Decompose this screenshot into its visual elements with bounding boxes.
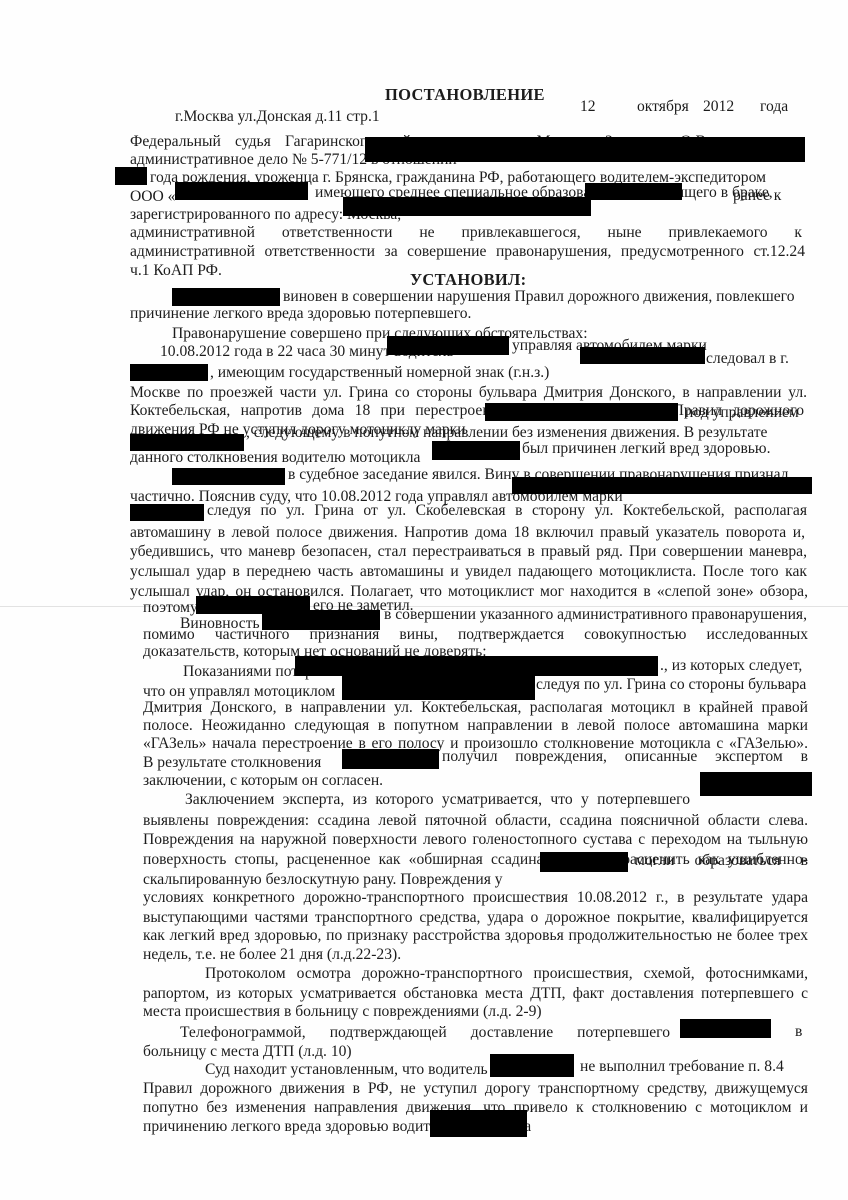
- text-line: данного столкновения водителю мотоцикла: [130, 449, 420, 467]
- redaction: [485, 403, 678, 421]
- redaction: [172, 288, 280, 306]
- text-line: следуя по ул. Грина от ул. Скобелевская …: [207, 502, 807, 520]
- text-line: рапортом, из которых усматривается обста…: [143, 985, 808, 1003]
- text-line: был причинен легкий вред здоровью.: [522, 440, 770, 458]
- text-line: могли образоваться в: [635, 852, 808, 870]
- document-page: ПОСТАНОВЛЕНИЕ г.Москва ул.Донская д.11 с…: [0, 0, 848, 1200]
- redaction: [342, 749, 439, 769]
- place: г.Москва ул.Донская д.11 стр.1: [175, 108, 380, 126]
- date-suffix: года: [760, 98, 788, 116]
- text-line: Протоколом осмотра дорожно-транспортного…: [205, 965, 808, 983]
- text-line: выявлены повреждения: ссадина левой пято…: [143, 812, 808, 830]
- text-line: Заключением эксперта, из которого усматр…: [185, 791, 690, 809]
- text-line: выступающими частями транспортного средс…: [143, 909, 808, 927]
- text-line: скальпированную безлоскутную рану. Повре…: [143, 871, 503, 889]
- redaction: [175, 182, 308, 200]
- text-line: ч.1 КоАП РФ.: [130, 262, 222, 280]
- text-line: административной ответственности за сове…: [130, 243, 805, 261]
- text-line: В результате столкновения: [143, 754, 321, 772]
- redaction: [430, 1110, 527, 1137]
- redaction: [343, 197, 591, 216]
- text-line: автомашину в левой полосе движения. Напр…: [130, 524, 805, 542]
- text-line: получил повреждения, описанные экспертом…: [442, 748, 808, 766]
- redaction: [295, 656, 658, 676]
- text-line: убедившись, что маневр безопасен, стал п…: [130, 543, 807, 561]
- text-line: следуя по ул. Грина со стороны бульвара: [536, 676, 806, 694]
- redaction: [490, 1054, 574, 1077]
- redaction: [512, 477, 812, 494]
- text-line: Правил дорожного движения в РФ, не уступ…: [143, 1080, 808, 1098]
- text-line: Дмитрия Донского, в направлении ул. Кокт…: [143, 699, 808, 717]
- redaction: [580, 347, 705, 364]
- text-line: заключении, с которым он согласен.: [143, 772, 383, 790]
- text-line: ., из которых следует,: [660, 657, 802, 675]
- text-line: как легкий вред здоровью, по признаку ра…: [143, 927, 808, 945]
- text-line: не выполнил требование п. 8.4: [580, 1058, 784, 1076]
- text-line: услышал удар в переднею часть автомашины…: [130, 563, 807, 581]
- text-line: , имеющим государственный номерной знак …: [210, 364, 549, 382]
- text-line: полосе. Неожиданно следующая в попутном …: [143, 717, 808, 735]
- document-title: ПОСТАНОВЛЕНИЕ: [385, 85, 545, 105]
- text-line: Телефонограммой, подтверждающей доставле…: [180, 1024, 670, 1042]
- redaction: [387, 336, 509, 355]
- text-line: под управлением: [685, 404, 799, 422]
- text-line: ранее к: [733, 187, 781, 205]
- text-line: недель, т.е. не более 21 дня (л.д.22-23)…: [143, 946, 401, 964]
- redaction: [115, 167, 147, 185]
- date-day: 12: [580, 98, 596, 116]
- date-month: октября: [637, 98, 689, 116]
- text-line: помимо частичного признания вины, подтве…: [143, 626, 808, 644]
- text-line: Москве по проезжей части ул. Грина со ст…: [130, 384, 807, 402]
- redaction: [172, 468, 285, 485]
- redaction: [432, 441, 520, 460]
- text-line: следовал в г.: [706, 350, 789, 368]
- text-line: в совершении указанного административног…: [384, 606, 807, 624]
- section-title: УСТАНОВИЛ:: [410, 270, 526, 290]
- redaction: [680, 1019, 771, 1038]
- text-line: места происшествия в больницу с поврежде…: [143, 1003, 542, 1021]
- text-line: причинение легкого вреда здоровью потерп…: [130, 305, 471, 323]
- text-line: в: [795, 1023, 802, 1041]
- text-line: административной ответственности не прив…: [130, 224, 802, 242]
- text-line: условиях конкретного дорожно-транспортно…: [143, 889, 808, 907]
- redaction: [342, 674, 535, 700]
- redaction: [585, 183, 682, 200]
- text-line: Суд находит установленным, что водитель: [205, 1061, 488, 1079]
- text-line: виновен в совершении нарушения Правил до…: [283, 288, 795, 306]
- text-line: больницу с места ДТП (л.д. 10): [143, 1043, 352, 1061]
- redaction: [130, 364, 208, 381]
- date-year: 2012: [703, 98, 734, 116]
- text-line: Повреждения на наружной поверхности лево…: [143, 831, 808, 849]
- text-line: ООО «: [130, 188, 175, 206]
- redaction: [540, 852, 628, 872]
- redaction: [130, 504, 204, 521]
- redaction: [700, 772, 812, 796]
- redaction: [365, 137, 805, 162]
